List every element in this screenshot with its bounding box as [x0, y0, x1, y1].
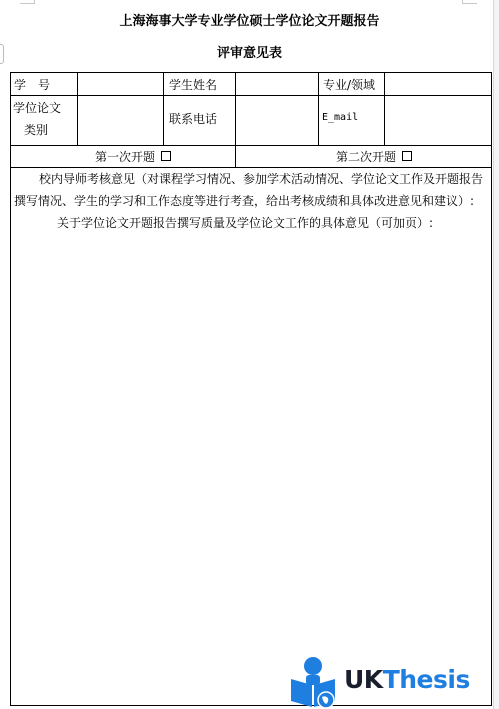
- document-title: 上海海事大学专业学位硕士学位论文开题报告: [0, 10, 499, 29]
- major-label: 专业/领域: [323, 76, 375, 93]
- thesis-type-label-line1: 学位论文: [13, 99, 61, 116]
- comments-field[interactable]: 校内导师考核意见（对课程学习情况、参加学术活动情况、学位论文工作及开题报告 撰写…: [10, 167, 492, 706]
- second-proposal-cell: 第二次开题: [235, 145, 492, 168]
- first-proposal-label: 第一次开题: [95, 150, 155, 164]
- phone-label-cell: 联系电话: [163, 95, 236, 146]
- first-proposal-checkbox[interactable]: [161, 151, 171, 161]
- student-id-field[interactable]: [77, 72, 164, 96]
- major-label-cell: 专业/领域: [318, 72, 385, 96]
- page-corner-mark: [20, 0, 35, 4]
- page-corner-mark: [462, 0, 477, 4]
- email-field[interactable]: [384, 95, 492, 146]
- student-id-label: 学 号: [14, 76, 50, 93]
- second-proposal-checkbox[interactable]: [402, 151, 412, 161]
- comments-instruction-line2: 撰写情况、学生的学习和工作态度等进行考查，给出考核成绩和具体改进意见和建议）:: [14, 190, 474, 212]
- comments-instruction-line1: 校内导师考核意见（对课程学习情况、参加学术活动情况、学位论文工作及开题报告: [39, 168, 483, 190]
- ukthesis-wordmark: UKThesis: [344, 665, 470, 694]
- student-name-label: 学生姓名: [169, 76, 217, 93]
- thesis-type-label-cell: 学位论文 类别: [10, 95, 78, 146]
- student-id-label-cell: 学 号: [10, 72, 78, 96]
- student-name-label-cell: 学生姓名: [163, 72, 236, 96]
- phone-field[interactable]: [235, 95, 319, 146]
- scrollbar-track[interactable]: [494, 0, 499, 709]
- email-label-cell: E_mail: [318, 95, 385, 146]
- major-field[interactable]: [384, 72, 492, 96]
- phone-label: 联系电话: [169, 110, 217, 127]
- first-proposal-cell: 第一次开题: [10, 145, 236, 168]
- document-subtitle: 评审意见表: [0, 42, 499, 61]
- thesis-type-label-line2: 类别: [24, 121, 48, 138]
- thesis-type-field[interactable]: [77, 95, 164, 146]
- reader-book-icon: [288, 655, 344, 709]
- second-proposal-label: 第二次开题: [336, 150, 396, 164]
- ukthesis-watermark-logo: UKThesis: [288, 655, 488, 709]
- email-label: E_mail: [322, 112, 358, 123]
- student-name-field[interactable]: [235, 72, 319, 96]
- comments-instruction-line3: 关于学位论文开题报告撰写质量及学位论文工作的具体意见（可加页）:: [57, 212, 433, 234]
